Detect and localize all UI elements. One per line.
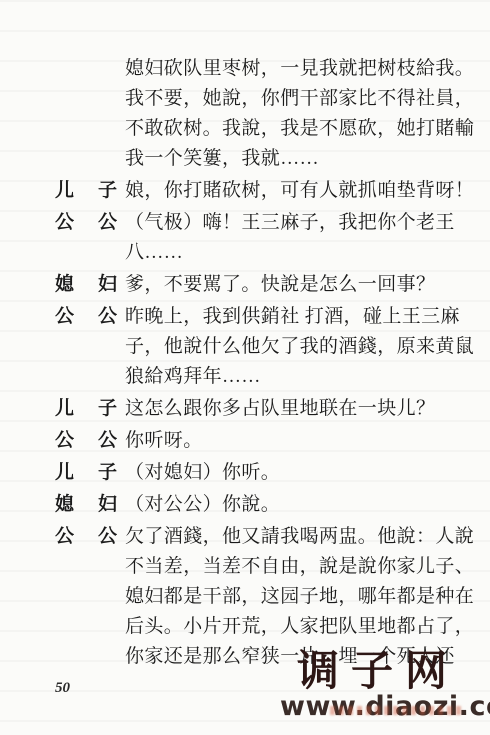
speech-block: 儿子娘，你打賭砍树，可有人就抓咱垫背呀！ (0, 176, 490, 206)
text-line: 媳妇砍队里枣树，一見我就把树枝給我。 (125, 54, 470, 84)
text-line: 媳妇都是干部，这园子地，哪年都是种在 (125, 582, 470, 612)
speech-text: 娘，你打賭砍树，可有人就抓咱垫背呀！ (125, 176, 470, 206)
text-line: 欠了酒錢，他又請我喝两盅。他說：人說 (125, 522, 470, 552)
speech-block: 公公（气极）嗨！王三麻子，我把你个老王八…… (0, 208, 490, 268)
speaker-char: 公 (55, 426, 74, 456)
watermark-site-url: www.diaozi.com (280, 692, 490, 722)
speech-text: 媳妇砍队里枣树，一見我就把树枝給我。我不要，她說，你們干部家比不得社員，不敢砍树… (125, 54, 470, 174)
speaker-char: 妇 (98, 270, 117, 300)
speaker-char: 公 (98, 208, 117, 238)
speaker-char: 子 (98, 176, 117, 206)
speech-block: 媳妇砍队里枣树，一見我就把树枝給我。我不要，她說，你們干部家比不得社員，不敢砍树… (0, 54, 490, 174)
speaker-char: 儿 (55, 458, 74, 488)
page-number: 50 (55, 680, 70, 697)
speaker-char: 儿 (55, 394, 74, 424)
speaker-char: 儿 (55, 176, 74, 206)
text-line: （对公公）你說。 (125, 490, 470, 520)
speech-text: 你听呀。 (125, 426, 470, 456)
text-line: 八…… (125, 238, 470, 268)
speaker-label: 儿子 (55, 458, 117, 488)
scanned-book-page: 媳妇砍队里枣树，一見我就把树枝給我。我不要，她說，你們干部家比不得社員，不敢砍树… (0, 0, 490, 735)
speaker-label: 公公 (55, 522, 117, 552)
speaker-label: 公公 (55, 426, 117, 456)
speech-block: 媳妇爹，不要駡了。快說是怎么一回事？ (0, 270, 490, 300)
watermark-site-name: 调子网 (297, 648, 459, 694)
speech-text: 这怎么跟你多占队里地联在一块儿？ (125, 394, 470, 424)
speaker-char: 公 (55, 522, 74, 552)
speaker-char: 媳 (55, 270, 74, 300)
speaker-label: 儿子 (55, 394, 117, 424)
text-line: 爹，不要駡了。快說是怎么一回事？ (125, 270, 470, 300)
speaker-char: 公 (98, 522, 117, 552)
speech-text: 爹，不要駡了。快說是怎么一回事？ (125, 270, 470, 300)
speaker-label: 公公 (55, 302, 117, 332)
text-line: 娘，你打賭砍树，可有人就抓咱垫背呀！ (125, 176, 470, 206)
text-line: （气极）嗨！王三麻子，我把你个老王 (125, 208, 470, 238)
speaker-label: 媳妇 (55, 270, 117, 300)
text-line: 这怎么跟你多占队里地联在一块儿？ (125, 394, 470, 424)
speech-block: 儿子这怎么跟你多占队里地联在一块儿？ (0, 394, 490, 424)
speaker-char: 公 (98, 302, 117, 332)
speech-block: 儿子（对媳妇）你听。 (0, 458, 490, 488)
text-line: 后头。小片开荒，人家把队里地都占了， (125, 612, 470, 642)
speech-block: 公公昨晚上，我到供銷社 打酒，碰上王三麻子，他說什么他欠了我的酒錢，原来黄鼠狼給… (0, 302, 490, 392)
speaker-char: 公 (55, 302, 74, 332)
text-line: （对媳妇）你听。 (125, 458, 470, 488)
speech-block: 媳妇（对公公）你說。 (0, 490, 490, 520)
speaker-char: 媳 (55, 490, 74, 520)
text-line: 我一个笑簍，我就…… (125, 144, 470, 174)
speaker-label: 儿子 (55, 176, 117, 206)
speaker-char: 妇 (98, 490, 117, 520)
text-line: 你听呀。 (125, 426, 470, 456)
text-line: 我不要，她說，你們干部家比不得社員， (125, 84, 470, 114)
speech-text: 昨晚上，我到供銷社 打酒，碰上王三麻子，他說什么他欠了我的酒錢，原来黄鼠狼給鸡拜… (125, 302, 470, 392)
speaker-char: 公 (98, 426, 117, 456)
text-line: 昨晚上，我到供銷社 打酒，碰上王三麻 (125, 302, 470, 332)
speaker-label: 公公 (55, 208, 117, 238)
text-line: 不敢砍树。我說，我是不愿砍，她打賭輸 (125, 114, 470, 144)
text-line: 不当差，当差不自由，說是說你家儿子、 (125, 552, 470, 582)
speaker-char: 子 (98, 394, 117, 424)
speech-text: （对公公）你說。 (125, 490, 470, 520)
speech-text: （对媳妇）你听。 (125, 458, 470, 488)
speaker-char: 子 (98, 458, 117, 488)
speaker-char: 公 (55, 208, 74, 238)
dialogue-content: 媳妇砍队里枣树，一見我就把树枝給我。我不要，她說，你們干部家比不得社員，不敢砍树… (0, 54, 490, 674)
speech-block: 公公你听呀。 (0, 426, 490, 456)
speech-text: （气极）嗨！王三麻子，我把你个老王八…… (125, 208, 470, 268)
text-line: 狼給鸡拜年…… (125, 362, 470, 392)
speaker-label: 媳妇 (55, 490, 117, 520)
text-line: 子，他說什么他欠了我的酒錢，原来黄鼠 (125, 332, 470, 362)
